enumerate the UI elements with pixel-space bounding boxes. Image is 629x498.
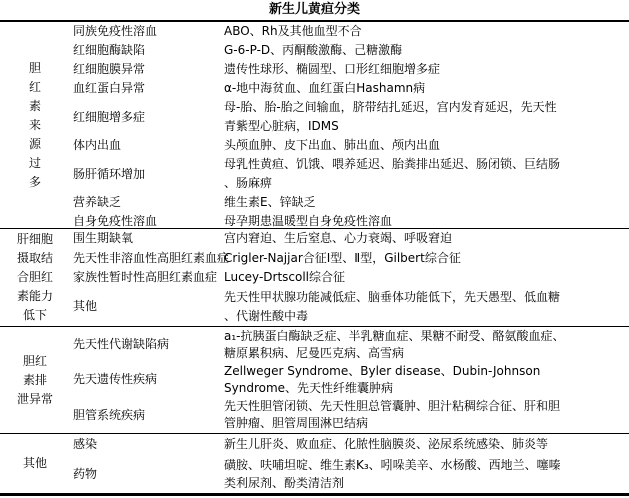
table-row: 胆管系统疾病 先天性胆管闭锁、先天性胆总管囊肿、胆汁粘稠综合征、肝和胆 管肿瘤、… (70, 398, 629, 432)
row-label: 先天性代谢缺陷病 (70, 336, 218, 353)
section-bilirubin-excretion-abnormality: 胆红 素排 泄异常 先天性代谢缺陷病 a₁-抗胰蛋白酶缺乏症、半乳糖血症、果糖不… (0, 327, 629, 433)
row-detail: 维生素E、锌缺乏 (218, 193, 629, 212)
row-detail: Lucey-Drtscoll综合征 (218, 268, 629, 287)
neonatal-jaundice-classification-table: 新生儿黄疸分类 胆 红 素 来 源 过 多 同族免疫性溶血 ABO、Rh及其他血… (0, 0, 629, 498)
table-row: 感染 新生儿肝炎、败血症、化脓性脑膜炎、泌尿系统感染、肺炎等 (70, 435, 629, 453)
row-detail: Zellweger Syndrome、Byler disease、Dubin-J… (218, 363, 629, 397)
row-detail: α-地中海贫血、血红蛋白Hashamn病 (218, 79, 629, 98)
row-detail: 先天性胆管闭锁、先天性胆总管囊肿、胆汁粘稠综合征、肝和胆 管肿瘤、胆管周围淋巴结… (218, 398, 629, 432)
row-detail: 磺胺、呋哺坦啶、维生素K₃、吲哚美辛、水杨酸、西地兰、噻嗪 类利尿剂、酚类清洁剂 (218, 456, 629, 492)
row-detail: G-6-P-D、丙酮酸激酶、己糖激酶 (218, 41, 629, 60)
table-row: 先天性非溶血性高胆红素血症 Crigler-Najjar合征Ⅰ型、Ⅱ型，Gilb… (70, 249, 629, 268)
row-label: 其他 (70, 297, 218, 316)
table-row: 红细胞膜异常 遗传性球形、椭圆型、口形红细胞增多症 (70, 60, 629, 79)
row-label: 红细胞酶缺陷 (70, 41, 218, 60)
row-label: 红细胞增多症 (70, 108, 218, 127)
row-label: 胆管系统疾病 (70, 407, 218, 424)
table-row: 血红蛋白异常 α-地中海贫血、血红蛋白Hashamn病 (70, 79, 629, 98)
row-detail: a₁-抗胰蛋白酶缺乏症、半乳糖血症、果糖不耐受、酪氨酸血症、 糖原累积病、尼曼匹… (218, 328, 629, 362)
row-detail: 头颅血肿、皮下出血、肺出血、颅内出血 (218, 136, 629, 155)
row-detail: 母-胎、胎-胎之间输血，脐带结扎延迟，宫内发育延迟，先天性 青紫型心脏病，IDM… (218, 98, 629, 136)
table-row: 肠肝循环增加 母乳性黄疸、饥饿、喂养延迟、胎粪排出延迟、肠闭锁、巨结肠 、肠麻痹 (70, 155, 629, 193)
row-label: 家族性暂时性高胆红素血症 (70, 268, 218, 287)
row-label: 围生期缺氧 (70, 229, 218, 248)
section-other: 其他 感染 新生儿肝炎、败血症、化脓性脑膜炎、泌尿系统感染、肺炎等 药物 磺胺、… (0, 434, 629, 493)
section-hepatocyte-uptake-conjugation-deficiency: 肝细胞 摄取结 合胆红 素能力 低下 围生期缺氧 宫内窘迫、生后窒息、心力衰竭、… (0, 229, 629, 326)
row-label: 药物 (70, 465, 218, 483)
row-detail: 宫内窘迫、生后窒息、心力衰竭、呼吸窘迫 (218, 229, 629, 248)
table-row: 红细胞增多症 母-胎、胎-胎之间输血，脐带结扎延迟，宫内发育延迟，先天性 青紫型… (70, 98, 629, 136)
bottom-rule (0, 493, 629, 496)
row-detail: 新生儿肝炎、败血症、化脓性脑膜炎、泌尿系统感染、肺炎等 (218, 435, 629, 453)
row-label: 先天遗传性疾病 (70, 371, 218, 388)
table-row: 先天遗传性疾病 Zellweger Syndrome、Byler disease… (70, 363, 629, 397)
row-detail: Crigler-Najjar合征Ⅰ型、Ⅱ型，Gilbert综合征 (218, 249, 629, 268)
table-row: 先天性代谢缺陷病 a₁-抗胰蛋白酶缺乏症、半乳糖血症、果糖不耐受、酪氨酸血症、 … (70, 328, 629, 362)
table-row: 围生期缺氧 宫内窘迫、生后窒息、心力衰竭、呼吸窘迫 (70, 229, 629, 248)
row-detail: ABO、Rh及其他血型不合 (218, 22, 629, 41)
table-row: 同族免疫性溶血 ABO、Rh及其他血型不合 (70, 22, 629, 41)
section-rows: 同族免疫性溶血 ABO、Rh及其他血型不合 红细胞酶缺陷 G-6-P-D、丙酮酸… (70, 22, 629, 228)
row-detail: 先天性甲状腺功能减低症、脑垂体功能低下，先天愚型、低血糖 、代谢性酸中毒 (218, 288, 629, 326)
row-label: 先天性非溶血性高胆红素血症 (70, 249, 218, 268)
row-label: 红细胞膜异常 (70, 60, 218, 79)
table-row: 家族性暂时性高胆红素血症 Lucey-Drtscoll综合征 (70, 268, 629, 287)
section-rows: 先天性代谢缺陷病 a₁-抗胰蛋白酶缺乏症、半乳糖血症、果糖不耐受、酪氨酸血症、 … (70, 327, 629, 433)
table-title: 新生儿黄疸分类 (0, 0, 629, 20)
table-row: 其他 先天性甲状腺功能减低症、脑垂体功能低下，先天愚型、低血糖 、代谢性酸中毒 (70, 288, 629, 326)
row-label: 同族免疫性溶血 (70, 22, 218, 41)
category-cell: 其他 (0, 434, 70, 493)
category-cell: 胆红 素排 泄异常 (0, 327, 70, 433)
section-bilirubin-overproduction: 胆 红 素 来 源 过 多 同族免疫性溶血 ABO、Rh及其他血型不合 红细胞酶… (0, 22, 629, 228)
section-rows: 围生期缺氧 宫内窘迫、生后窒息、心力衰竭、呼吸窘迫 先天性非溶血性高胆红素血症 … (70, 229, 629, 326)
category-cell: 胆 红 素 来 源 过 多 (0, 22, 70, 228)
table-row: 红细胞酶缺陷 G-6-P-D、丙酮酸激酶、己糖激酶 (70, 41, 629, 60)
row-detail: 遗传性球形、椭圆型、口形红细胞增多症 (218, 60, 629, 79)
category-cell: 肝细胞 摄取结 合胆红 素能力 低下 (0, 229, 70, 326)
table-row: 药物 磺胺、呋哺坦啶、维生素K₃、吲哚美辛、水杨酸、西地兰、噻嗪 类利尿剂、酚类… (70, 456, 629, 492)
table-row: 营养缺乏 维生素E、锌缺乏 (70, 193, 629, 212)
row-label: 肠肝循环增加 (70, 165, 218, 184)
row-label: 感染 (70, 435, 218, 453)
row-label: 体内出血 (70, 136, 218, 155)
section-rows: 感染 新生儿肝炎、败血症、化脓性脑膜炎、泌尿系统感染、肺炎等 药物 磺胺、呋哺坦… (70, 434, 629, 493)
table-row: 体内出血 头颅血肿、皮下出血、肺出血、颅内出血 (70, 136, 629, 155)
row-label: 营养缺乏 (70, 193, 218, 212)
row-label: 血红蛋白异常 (70, 79, 218, 98)
row-detail: 母乳性黄疸、饥饿、喂养延迟、胎粪排出延迟、肠闭锁、巨结肠 、肠麻痹 (218, 155, 629, 193)
